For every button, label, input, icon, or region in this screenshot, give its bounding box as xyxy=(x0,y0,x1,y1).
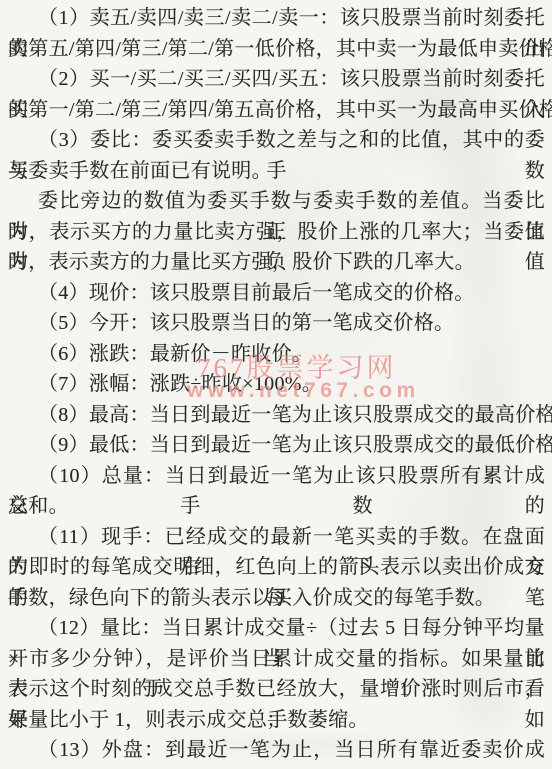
text-line: 时，表示卖方的力量比买方强，股价下跌的几率大。 xyxy=(8,247,545,278)
text-line: 委比旁边的数值为委买手数与委卖手数的差值。当委比为正值 xyxy=(8,186,545,217)
text-line: （13）外盘：到最近一笔为止，当日所有靠近委卖价成交的手数 xyxy=(8,735,545,766)
text-line: （2）买一/买二/买三/买四/买五：该只股票当前时刻委托买入 xyxy=(8,64,545,95)
text-line: 表示这个时刻的成交总手数已经放大，量增价涨时则后市看好；如 xyxy=(8,674,545,705)
text-line: （5）今开：该只股票当日的第一笔成交价格。 xyxy=(8,308,545,339)
text-line: （1）卖五/卖四/卖三/卖二/卖一：该只股票当前时刻委托卖出 xyxy=(8,3,545,34)
text-line: 的第五/第四/第三/第二/第一低价格，其中卖一为最低申卖价格。 xyxy=(8,34,545,65)
text-line: （10）总量：当日到最近一笔为止该只股票所有累计成交手数的 xyxy=(8,461,545,492)
text-line: （11）现手：已经成交的最新一笔买卖的手数。在盘面的右下方 xyxy=(8,522,545,553)
text-line: 时，表示买方的力量比卖方强，股价上涨的几率大；当委比为负值 xyxy=(8,217,545,248)
text-line: （7）涨幅：涨跌÷昨收×100%。 xyxy=(8,369,545,400)
text-line: （4）现价：该只股票目前最后一笔成交的价格。 xyxy=(8,278,545,309)
text-line: 为即时的每笔成交明细，红色向上的箭头表示以卖出价成交的每笔 xyxy=(8,552,545,583)
text-line: （8）最高：当日到最近一笔为止该只股票成交的最高价格。 xyxy=(8,400,545,431)
text-line: 手数，绿色向下的箭头表示以买入价成交的每笔手数。 xyxy=(8,583,545,614)
text-line: （6）涨跌：最新价－昨收价。 xyxy=(8,339,545,370)
text-column: （1）卖五/卖四/卖三/卖二/卖一：该只股票当前时刻委托卖出的第五/第四/第三/… xyxy=(8,3,545,766)
text-line: （12）量比：当日累计成交量÷（过去 5 日每分钟平均量×当前 xyxy=(8,613,545,644)
text-line: 的第一/第二/第三/第四/第五高价格，其中买一为最高申买价格。 xyxy=(8,95,545,126)
scanned-book-page: （1）卖五/卖四/卖三/卖二/卖一：该只股票当前时刻委托卖出的第五/第四/第三/… xyxy=(0,0,552,769)
text-line: 开市多少分钟），是评价当日累计成交量的指标。如果量比大于 1， xyxy=(8,644,545,675)
text-line: （3）委比：委买委卖手数之差与之和的比值，其中的委买手数 xyxy=(8,125,545,156)
text-line: （9）最低：当日到最近一笔为止该只股票成交的最低价格。 xyxy=(8,430,545,461)
